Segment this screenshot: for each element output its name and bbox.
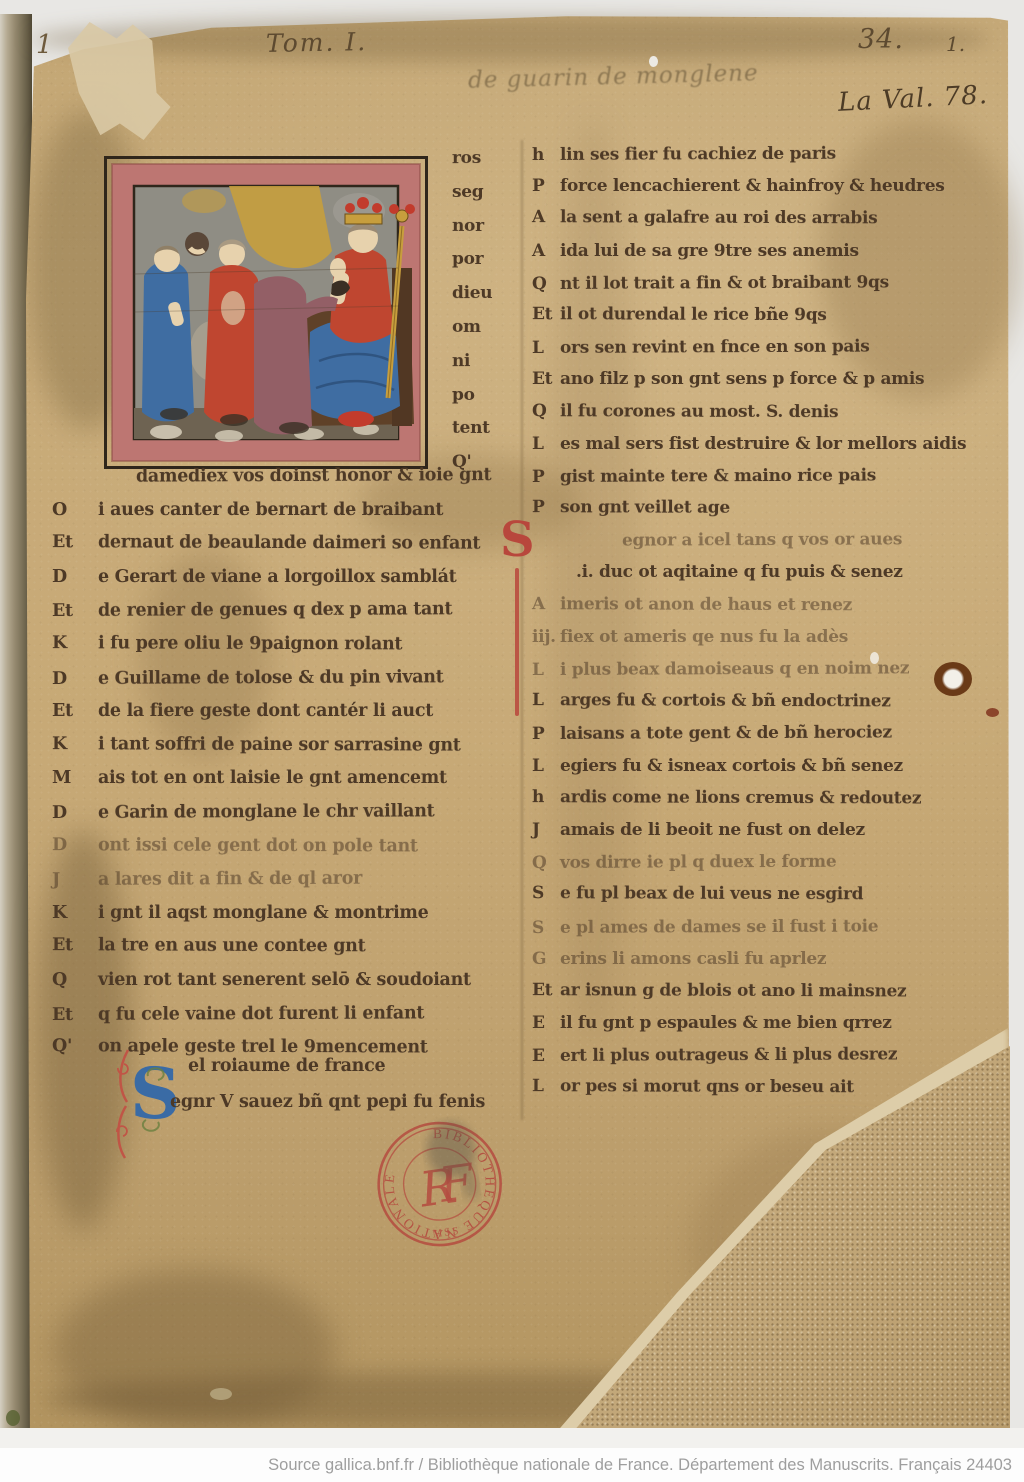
line-text: ros [452, 148, 481, 168]
line-text: .i. duc ot aqitaine q fu puis & senez [576, 562, 903, 582]
tome-annotation: Tom. I. [266, 27, 368, 58]
manuscript-line: Pgist mainte tere & maino rice pais [532, 465, 1018, 499]
line-initial: D [52, 835, 98, 855]
manuscript-line: Les mal sers fist destruire & lor mellor… [532, 434, 1018, 466]
line-initial: h [532, 145, 560, 165]
line-initial: Q [532, 401, 560, 421]
line-initial: J [52, 870, 98, 890]
line-initial: L [532, 434, 560, 454]
manuscript-line: Mais tot en ont laisie le gnt amencemt [52, 768, 522, 802]
line-text: il fu corones au most. S. denis [560, 401, 838, 422]
line-text: seg [452, 182, 483, 202]
manuscript-line: De Guillame de tolose & du pin vivant [52, 667, 522, 703]
manuscript-line: Pson gnt veillet age [532, 497, 1018, 531]
line-initial: Et [52, 532, 98, 552]
line-text: vien rot tant senerent selō & soudoiant [98, 970, 471, 990]
manuscript-line: Oi aues canter de bernart de braibant [52, 500, 522, 534]
line-initial: S [532, 917, 560, 937]
king-enthroned-miniature [104, 156, 428, 474]
line-initial: P [532, 176, 560, 196]
line-initial: Q [532, 274, 560, 294]
line-text: ors sen revint en fnce en son pais [560, 337, 870, 358]
line-text: i fu pere oliu le 9paignon rolant [98, 633, 402, 654]
manuscript-line: Etde la fiere geste dont cantér li auct [52, 701, 522, 735]
line-text: amais de li beoit ne fust on delez [560, 820, 865, 840]
manuscript-line: Jamais de li beoit ne fust on delez [532, 820, 1018, 852]
parchment-fleck [986, 708, 999, 717]
strip-word: por [452, 249, 524, 283]
line-initial: A [532, 241, 560, 261]
manuscript-line: De Gerart de viane a lorgoillox samblát [52, 567, 522, 601]
gutter-speck [6, 1410, 20, 1426]
manuscript-line: Etdernaut de beaulande daimeri so enfant [52, 532, 522, 567]
manuscript-line: Legiers fu & isneax cortois & bñ senez [532, 756, 1018, 788]
manuscript-line: Qnt il lot trait a fin & ot braibant 9qs [532, 272, 1018, 306]
line-text: om [452, 317, 481, 337]
manuscript-line: Qil fu corones au most. S. denis [532, 401, 1018, 435]
right-text-column: hlin ses fier fu cachiez de parisPforce … [532, 144, 1018, 1110]
line-initial: A [532, 208, 560, 228]
line-text: son gnt veillet age [560, 497, 730, 518]
line-text: e Guillame de tolose & du pin vivant [98, 667, 444, 689]
line-initial: Q [532, 853, 560, 873]
manuscript-line: hardis come ne lions cremus & redoutez [532, 787, 1018, 821]
line-initial: D [52, 567, 98, 587]
margin-mark: 1 [36, 30, 53, 60]
manuscript-line: Etla tre en aus une contee gnt [52, 935, 522, 970]
folio-number: 34. [858, 24, 904, 55]
manuscript-line: Pforce lencachierent & hainfroy & heudre… [532, 176, 1018, 208]
line-text: egiers fu & isneax cortois & bñ senez [560, 756, 903, 776]
line-text: de la fiere geste dont cantér li auct [98, 701, 433, 721]
line-text: ert li plus outrageus & li plus desrez [560, 1045, 897, 1066]
line-text: ais tot en ont laisie le gnt amencemt [98, 768, 447, 788]
line-initial: L [532, 1077, 560, 1097]
page-bottom-gap [0, 1428, 1024, 1450]
line-initial: E [532, 1046, 560, 1066]
strip-word: po [452, 385, 524, 419]
line-text: a lares dit a fin & de ql aror [98, 869, 362, 890]
line-initial: L [532, 660, 560, 680]
manuscript-line: iij.fiex ot ameris qe nus fu la adès [532, 627, 1018, 659]
line-text: es mal sers fist destruire & lor mellors… [560, 434, 966, 454]
manuscript-scan-page: 1 Tom. I. de guarin de monglene 34. 1. L… [0, 0, 1024, 1482]
line-text: egnor a icel tans q vos or aues [622, 530, 902, 551]
line-initial: A [532, 594, 560, 614]
line-initial: O [52, 500, 98, 520]
strip-word: dieu [452, 283, 524, 317]
manuscript-line: Etq fu cele vaine dot furent li enfant [52, 1002, 522, 1038]
line-initial: Et [532, 980, 560, 1000]
line-initial: L [532, 756, 560, 776]
strip-word: tent [452, 418, 524, 452]
line-text: gist mainte tere & maino rice pais [560, 465, 876, 486]
manuscript-line: Gerins li amons casli fu aprlez [532, 949, 1018, 981]
manuscript-line: hlin ses fier fu cachiez de paris [532, 143, 1018, 177]
manuscript-line: De Garin de monglane le chr vaillant [52, 801, 522, 837]
manuscript-line: Larges fu & cortois & bñ endoctrinez [532, 690, 1018, 724]
manuscript-line: Qvos dirre ie pl q duex le forme [532, 851, 1018, 885]
line-text: i plus beax damoiseaus q en noim nez [560, 658, 909, 680]
line-text: ardis come ne lions cremus & redoutez [560, 787, 921, 808]
line-text: e fu pl beax de lui veus ne esgird [560, 884, 863, 905]
manuscript-line: Qvien rot tant senerent selō & soudoiant [52, 970, 522, 1004]
line-text: e Garin de monglane le chr vaillant [98, 801, 435, 822]
line-text: ar isnun g de blois ot ano li mainsnez [560, 980, 906, 1001]
line-initial: J [532, 820, 560, 840]
line-text: laisans a tote gent & de bñ herociez [560, 723, 892, 744]
line-initial: K [52, 633, 98, 653]
strip-word: ni [452, 351, 524, 385]
line-text: imeris ot anon de haus et renez [560, 594, 852, 615]
manuscript-line: Ki gnt il aqst monglane & montrime [52, 903, 522, 937]
line-text: nt il lot trait a fin & ot braibant 9qs [560, 272, 889, 293]
line-initial: K [52, 903, 98, 923]
miniature-illustration [104, 156, 428, 469]
gallica-caption-bar: Source gallica.bnf.fr / Bibliothèque nat… [0, 1448, 1024, 1482]
source-caption: Source gallica.bnf.fr / Bibliothèque nat… [268, 1456, 1024, 1475]
line-initial: L [532, 690, 560, 710]
closing-line: egnr V sauez bñ qnt pepi fu fenis [170, 1092, 485, 1112]
parchment-hole-small [649, 56, 658, 67]
parchment-stain [30, 16, 990, 62]
line-initial: E [532, 1013, 560, 1033]
strip-word: ros [452, 148, 524, 182]
line-text: erins li amons casli fu aprlez [560, 949, 826, 969]
parchment-hole [934, 662, 972, 696]
line-initial: Et [532, 304, 560, 324]
line-text: arges fu & cortois & bñ endoctrinez [560, 690, 891, 711]
manuscript-line: Etde renier de genues q dex p ama tant [52, 599, 522, 635]
line-text: dieu [452, 283, 492, 303]
line-initial: D [52, 803, 98, 823]
manuscript-line: Se pl ames de dames se il fust i toie [532, 915, 1018, 949]
line-text: i aues canter de bernart de braibant [98, 500, 443, 520]
line-initial: Q' [52, 1036, 98, 1056]
manuscript-line: Ja lares dit a fin & de ql aror [52, 868, 522, 904]
line-initial: L [532, 338, 560, 358]
manuscript-line: Ala sent a galafre au roi des arrabis [532, 208, 1018, 242]
manuscript-line: Etano filz p son gnt sens p force & p am… [532, 369, 1018, 401]
line-text: la sent a galafre au roi des arrabis [560, 208, 878, 229]
line-initial: iij. [532, 627, 560, 647]
line-initial: G [532, 949, 560, 969]
line-text: ni [452, 351, 470, 371]
line-initial: D [52, 668, 98, 688]
manuscript-line: Eil fu gnt p espaules & me bien qrrez [532, 1013, 1018, 1045]
line-text: tent [452, 418, 490, 438]
line-initial: P [532, 724, 560, 744]
manuscript-line: Plaisans a tote gent & de bñ herociez [532, 722, 1018, 756]
strip-word: seg [452, 182, 524, 216]
line-text: fiex ot ameris qe nus fu la adès [560, 627, 848, 647]
line-text: i gnt il aqst monglane & montrime [98, 903, 428, 923]
closing-line: el roiaume de france [188, 1056, 385, 1076]
line-text: i tant soffri de paine sor sarrasine gnt [98, 734, 461, 755]
manuscript-line: Aimeris ot anon de haus et renez [532, 594, 1018, 628]
line-text: il ot durendal le rice bñe 9qs [560, 304, 827, 325]
manuscript-line: damediex vos doinst honor & ioie gnt [52, 465, 522, 501]
line-text: vos dirre ie pl q duex le forme [560, 852, 836, 873]
manuscript-line: Segnor a icel tans q vos or aues [532, 529, 1018, 563]
line-text: force lencachierent & hainfroy & heudres [560, 176, 944, 196]
secondary-number: 1. [946, 32, 965, 56]
line-initial: Et [52, 935, 98, 955]
line-text: po [452, 385, 475, 405]
line-text: nor [452, 215, 484, 235]
left-text-column: damediex vos doinst honor & ioie gntOi a… [52, 466, 522, 1071]
manuscript-line: Dont issi cele gent dot on pole tant [52, 835, 522, 870]
parchment-speck [210, 1388, 232, 1400]
line-text: e Gerart de viane a lorgoillox samblát [98, 567, 456, 587]
line-text: ont issi cele gent dot on pole tant [98, 835, 418, 856]
manuscript-line: .i. duc ot aqitaine q fu puis & senez [532, 562, 1018, 594]
bnf-stamp: BIBLIOTHEQUE NATIONALE MSS R F [365, 1109, 515, 1263]
rubric-flourish [515, 568, 519, 716]
line-text: e pl ames de dames se il fust i toie [560, 916, 878, 937]
line-text: dernaut de beaulande daimeri so enfant [98, 533, 480, 554]
strip-word: om [452, 317, 524, 351]
line-text: de renier de genues q dex p ama tant [98, 600, 452, 622]
line-text: ida lui de sa gre 9tre ses anemis [560, 241, 859, 261]
book-gutter-edge [0, 14, 32, 1446]
line-initial: Et [52, 701, 98, 721]
strip-word: nor [452, 215, 524, 249]
manuscript-line: Etil ot durendal le rice bñe 9qs [532, 304, 1018, 338]
line-initial: P [532, 497, 560, 517]
rubric-initial: S [500, 516, 535, 564]
manuscript-line: Ki fu pere oliu le 9paignon rolant [52, 633, 522, 668]
line-initial: M [52, 768, 98, 788]
line-text: q fu cele vaine dot furent li enfant [98, 1003, 424, 1024]
manuscript-line: Lors sen revint en fnce en son pais [532, 336, 1018, 370]
line-initial: Et [52, 601, 98, 621]
line-initial: P [532, 467, 560, 487]
line-text: or pes si morut qns or beseu ait [560, 1077, 854, 1098]
line-initial: h [532, 787, 560, 807]
manuscript-line: Se fu pl beax de lui veus ne esgird [532, 883, 1018, 917]
line-text: damediex vos doinst honor & ioie gnt [136, 465, 491, 487]
line-text: la tre en aus une contee gnt [98, 936, 365, 957]
line-endings-strip: rossegnorpordieuomnipotentQ' [452, 148, 524, 486]
line-initial: Et [52, 1004, 98, 1024]
line-initial: S [532, 883, 560, 903]
manuscript-line: Aida lui de sa gre 9tre ses anemis [532, 241, 1018, 273]
line-text: lin ses fier fu cachiez de paris [560, 144, 836, 165]
manuscript-line: Ki tant soffri de paine sor sarrasine gn… [52, 734, 522, 769]
line-initial: K [52, 734, 98, 754]
line-text: ano filz p son gnt sens p force & p amis [560, 369, 924, 389]
parchment-fleck [870, 652, 879, 664]
line-initial: Et [532, 369, 560, 389]
manuscript-line: Etar isnun g de blois ot ano li mainsnez [532, 980, 1018, 1014]
line-text: il fu gnt p espaules & me bien qrrez [560, 1013, 892, 1033]
line-text: por [452, 249, 483, 269]
line-initial: Q [52, 970, 98, 990]
